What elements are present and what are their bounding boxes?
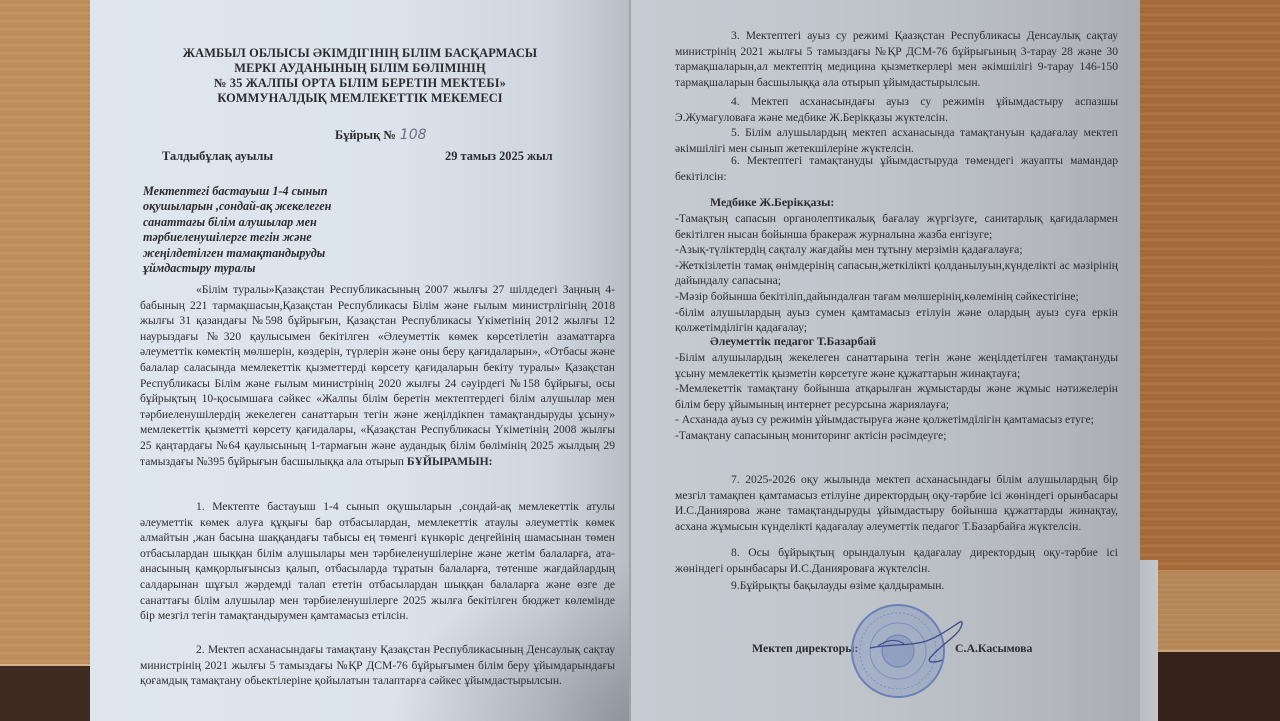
duty-item: -Мемлекеттік тамақтану бойынша атқарылға… — [675, 381, 1118, 412]
handwritten-signature-icon — [868, 618, 968, 668]
order-item-4: 4. Мектеп асханасындағы ауыз су режимін … — [675, 94, 1118, 125]
page-fold — [629, 0, 631, 721]
order-item-1: 1. Мектепте бастауыш 1-4 сынып оқушылары… — [140, 499, 615, 624]
duty-item: -Жеткізілетін тамақ өнімдерінің сапасын,… — [675, 258, 1118, 289]
duty-item: -Мәзір бойынша бекітіліп,дайындалған тағ… — [675, 289, 1118, 305]
order-item-2: 2. Мектеп асханасындағы тамақтану Қазақс… — [140, 642, 615, 689]
social-pedagog-heading: Әлеуметтік педагог Т.Базарбай — [710, 334, 876, 349]
header-line: КОММУНАЛДЫҚ МЕМЛЕКЕТТІК МЕКЕМЕСІ — [150, 91, 570, 106]
order-number-handwritten: 108 — [400, 127, 427, 143]
institution-header: ЖАМБЫЛ ОБЛЫСЫ ӘКІМДІГІНІҢ БІЛІМ БАСҚАРМА… — [150, 46, 570, 106]
duty-item: -Тамақтың сапасын органолептикалық бағал… — [675, 211, 1118, 242]
table-edge-left — [0, 664, 90, 721]
nurse-duties-list: -Тамақтың сапасын органолептикалық бағал… — [675, 211, 1118, 336]
duty-item: - Асханада ауыз су режимін ұйымдастыруға… — [675, 412, 1118, 428]
duty-item: -Тамақтану сапасының мониторинг актісін … — [675, 428, 1118, 444]
order-date: 29 тамыз 2025 жыл — [445, 149, 553, 164]
order-place: Талдыбұлақ ауылы — [162, 149, 273, 164]
order-label: Бұйрық № — [335, 128, 396, 142]
order-title: Бұйрық №108 — [335, 127, 427, 143]
order-item-6: 6. Мектептегі тамақтануды ұйымдастыруда … — [675, 153, 1118, 184]
nurse-heading: Медбике Ж.Берікқазы: — [710, 195, 834, 210]
order-item-5: 5. Білім алушылардың мектеп асханасында … — [675, 125, 1118, 156]
wooden-table-left — [0, 0, 90, 721]
order-item-7: 7. 2025-2026 оқу жылында мектеп асханасы… — [675, 472, 1118, 534]
duty-item: -Білім алушылардың жекелеген санаттарына… — [675, 350, 1118, 381]
duty-item: -Азық-түліктердің сақталу жағдайы мен тұ… — [675, 242, 1118, 258]
order-subject: Мектептегі бастауыш 1-4 сынып оқушыларын… — [143, 184, 373, 276]
director-label: Мектеп директоры: — [752, 641, 858, 656]
preamble-paragraph: «Білім туралы»Қазақстан Республикасының … — [140, 282, 615, 469]
table-edge-right — [1158, 650, 1280, 721]
command-word: БҰЙЫРАМЫН: — [407, 455, 493, 468]
duty-item: -білім алушылардың ауыз сумен қамтамасыз… — [675, 305, 1118, 336]
wooden-shelf-right — [1158, 570, 1280, 650]
header-line: № 35 ЖАЛПЫ ОРТА БІЛІМ БЕРЕТІН МЕКТЕБІ» — [150, 76, 570, 91]
order-item-9: 9.Бұйрықты бақылауды өзіме қалдырамын. — [675, 578, 1118, 594]
order-item-8: 8. Осы бұйрықтың орындалуын қадағалау ди… — [675, 545, 1118, 576]
header-line: МЕРКІ АУДАНЫНЫҢ БІЛІМ БӨЛІМІНІҢ — [150, 61, 570, 76]
order-item-3: 3. Мектептегі ауыз су режимі Қаазқстан Р… — [675, 28, 1118, 90]
preamble-text: «Білім туралы»Қазақстан Республикасының … — [140, 283, 615, 468]
director-name: С.А.Касымова — [955, 641, 1032, 656]
header-line: ЖАМБЫЛ ОБЛЫСЫ ӘКІМДІГІНІҢ БІЛІМ БАСҚАРМА… — [150, 46, 570, 61]
pedagog-duties-list: -Білім алушылардың жекелеген санаттарына… — [675, 350, 1118, 444]
